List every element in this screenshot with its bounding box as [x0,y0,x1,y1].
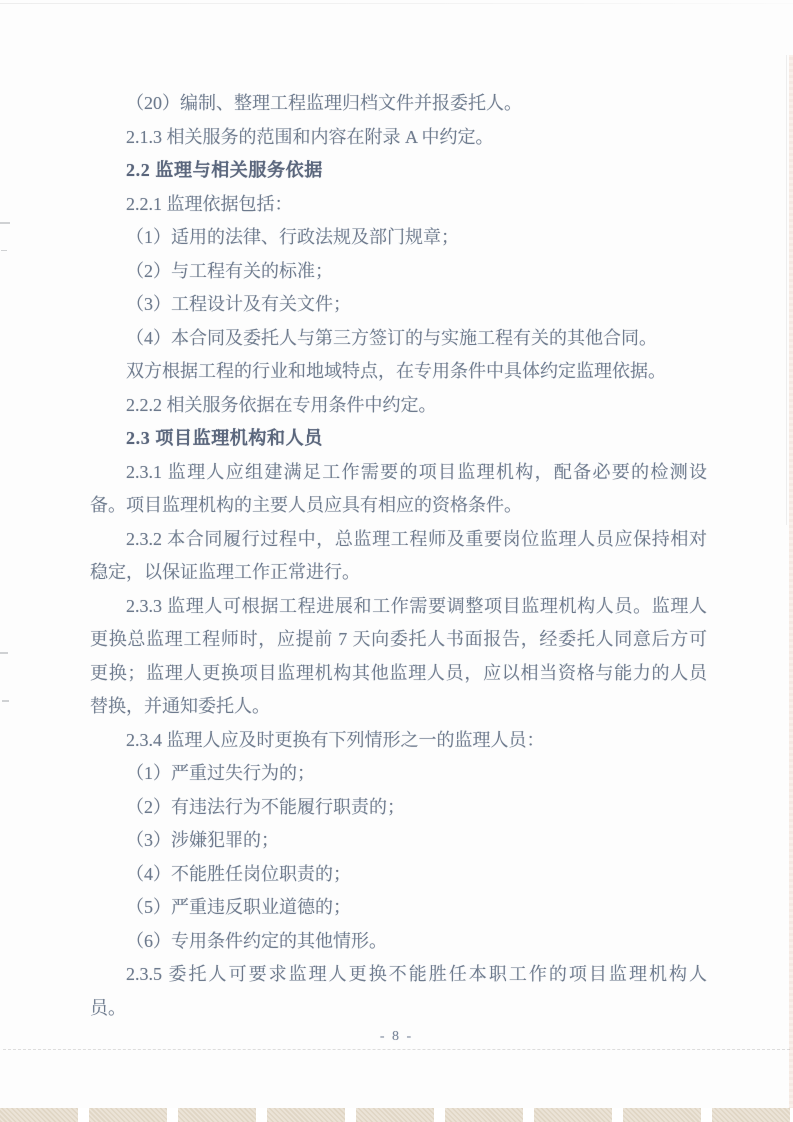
document-line: 2.1.3 相关服务的范围和内容在附录 A 中约定。 [90,121,707,155]
paragraph: 2.2.1 监理依据包括： [90,188,707,222]
scan-artifact-right-strip [789,55,793,1122]
document-line: 更换；监理人更换项目监理机构其他监理人员，应以相当资格与能力的人员 [90,657,707,691]
document-line: 员。 [90,992,707,1026]
list-item: （2）与工程有关的标准； [90,255,707,289]
document-line: 2.3.1 监理人应组建满足工作需要的项目监理机构，配备必要的检测设 [90,456,707,490]
page-number: - 8 - [0,1029,793,1045]
section-heading: 2.3 项目监理机构和人员 [90,422,707,456]
scan-artifact-speck [0,652,8,654]
scan-artifact-top-line [0,3,793,4]
list-item: （2）有违法行为不能履行职责的； [90,791,707,825]
document-line: （4）不能胜任岗位职责的； [90,858,707,892]
paragraph: 2.3.4 监理人应及时更换有下列情形之一的监理人员： [90,724,707,758]
document-line: 2.3.4 监理人应及时更换有下列情形之一的监理人员： [90,724,707,758]
document-line: （6）专用条件约定的其他情形。 [90,925,707,959]
list-item: （1）严重过失行为的； [90,757,707,791]
scan-artifact-speck [1,250,7,251]
paragraph: 2.2.2 相关服务依据在专用条件中约定。 [90,389,707,423]
document-line: 2.3.3 监理人可根据工程进展和工作需要调整项目监理机构人员。监理人 [90,590,707,624]
list-item: （6）专用条件约定的其他情形。 [90,925,707,959]
scan-artifact-speck [2,700,9,702]
scan-artifact-bottom-strip [0,1108,793,1122]
scan-artifact-dashed-rule [3,1049,790,1050]
document-line: （2）有违法行为不能履行职责的； [90,791,707,825]
list-item: （4）不能胜任岗位职责的； [90,858,707,892]
document-line: （1）适用的法律、行政法规及部门规章； [90,221,707,255]
list-item: （1）适用的法律、行政法规及部门规章； [90,221,707,255]
document-line: （5）严重违反职业道德的； [90,891,707,925]
document-line: 备。项目监理机构的主要人员应具有相应的资格条件。 [90,489,707,523]
document-line: 更换总监理工程师时，应提前 7 天向委托人书面报告，经委托人同意后方可 [90,623,707,657]
document-line: 2.2 监理与相关服务依据 [90,154,707,188]
document-line: 2.3 项目监理机构和人员 [90,422,707,456]
paragraph: 2.3.2 本合同履行过程中，总监理工程师及重要岗位监理人员应保持相对 稳定，以… [90,523,707,590]
document-line: 2.2.2 相关服务依据在专用条件中约定。 [90,389,707,423]
document-line: （3）工程设计及有关文件； [90,288,707,322]
contract-text-block: （20）编制、整理工程监理归档文件并报委托人。 2.1.3 相关服务的范围和内容… [90,87,707,1025]
scan-artifact-speck [0,222,10,224]
paragraph: 双方根据工程的行业和地域特点，在专用条件中具体约定监理依据。 [90,355,707,389]
paragraph: 2.3.3 监理人可根据工程进展和工作需要调整项目监理机构人员。监理人 更换总监… [90,590,707,724]
paragraph: 2.1.3 相关服务的范围和内容在附录 A 中约定。 [90,121,707,155]
document-line: （4）本合同及委托人与第三方签订的与实施工程有关的其他合同。 [90,322,707,356]
document-line: 双方根据工程的行业和地域特点，在专用条件中具体约定监理依据。 [90,355,707,389]
list-item: （3）涉嫌犯罪的； [90,824,707,858]
document-line: （3）涉嫌犯罪的； [90,824,707,858]
scan-artifact-right-line [786,55,787,525]
document-line: （1）严重过失行为的； [90,757,707,791]
document-line: 2.3.5 委托人可要求监理人更换不能胜任本职工作的项目监理机构人 [90,958,707,992]
document-line: 2.2.1 监理依据包括： [90,188,707,222]
document-line: （20）编制、整理工程监理归档文件并报委托人。 [90,87,707,121]
section-heading: 2.2 监理与相关服务依据 [90,154,707,188]
list-item: （5）严重违反职业道德的； [90,891,707,925]
paragraph: （20）编制、整理工程监理归档文件并报委托人。 [90,87,707,121]
paragraph: 2.3.5 委托人可要求监理人更换不能胜任本职工作的项目监理机构人 员。 [90,958,707,1025]
list-item: （4）本合同及委托人与第三方签订的与实施工程有关的其他合同。 [90,322,707,356]
document-line: 稳定，以保证监理工作正常进行。 [90,556,707,590]
list-item: （3）工程设计及有关文件； [90,288,707,322]
document-line: 替换，并通知委托人。 [90,690,707,724]
paragraph: 2.3.1 监理人应组建满足工作需要的项目监理机构，配备必要的检测设 备。项目监… [90,456,707,523]
document-line: 2.3.2 本合同履行过程中，总监理工程师及重要岗位监理人员应保持相对 [90,523,707,557]
document-line: （2）与工程有关的标准； [90,255,707,289]
document-page: （20）编制、整理工程监理归档文件并报委托人。 2.1.3 相关服务的范围和内容… [0,0,793,1122]
